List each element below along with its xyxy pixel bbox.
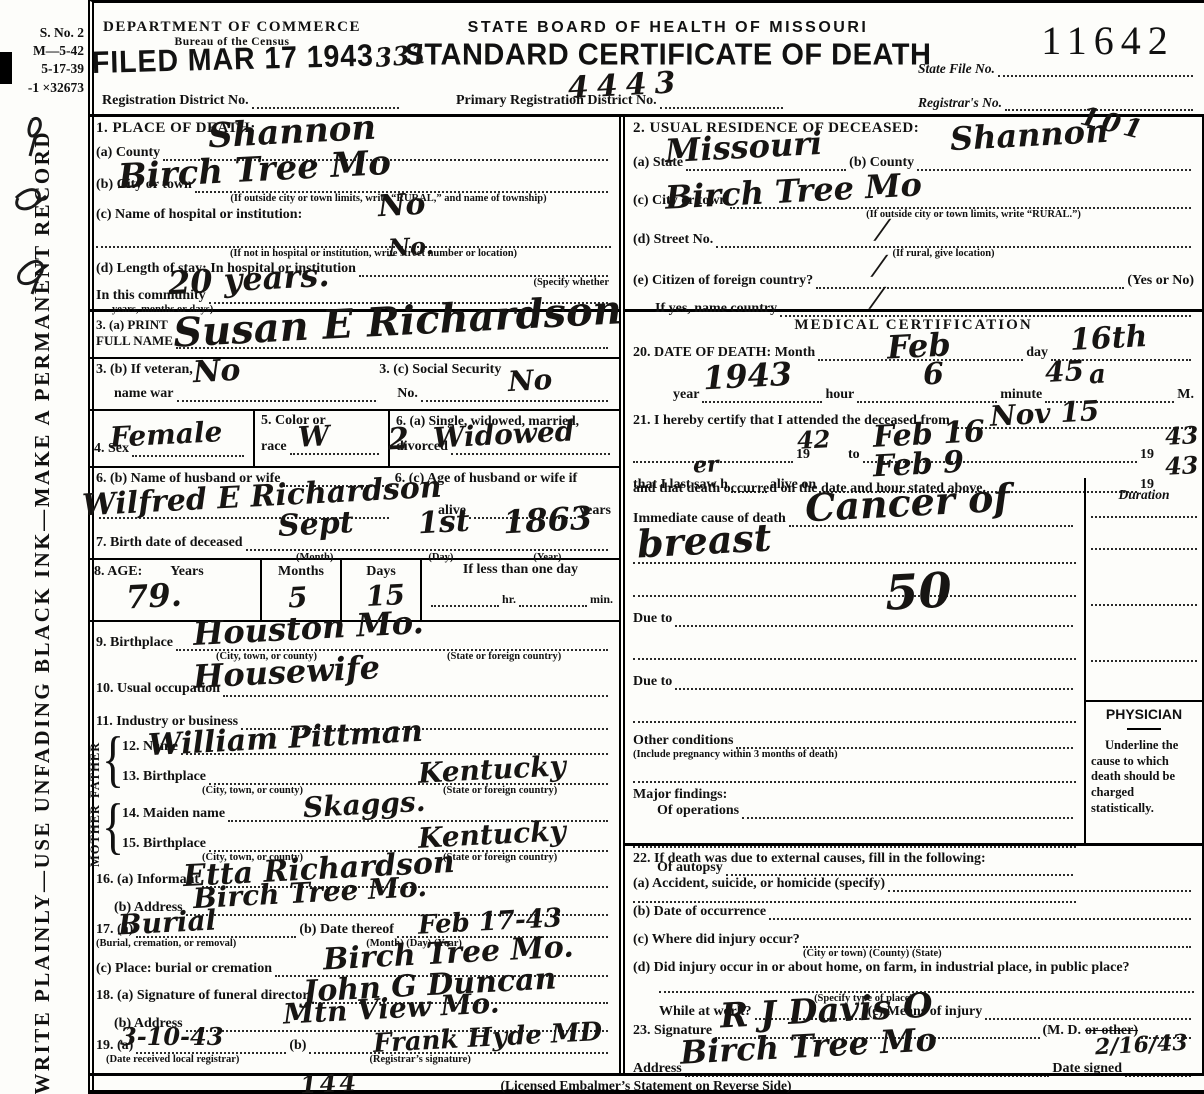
fill-line [275, 972, 608, 977]
min-label: min. [590, 592, 613, 607]
place-type-note: (Specify type of place) [693, 993, 1034, 1004]
fill-line [1051, 356, 1191, 361]
funeral-director-label: 18. (a) Signature of funeral director [96, 988, 309, 1004]
injury-place-label: (d) Did injury occur in or about home, o… [633, 960, 1194, 976]
form-code-line: -1 ×32673 [2, 79, 84, 97]
place-of-death-title: 1. PLACE OF DEATH: [96, 120, 611, 137]
physician-label: PHYSICIAN [1091, 706, 1197, 722]
street-note: (If not in hospital or institution, writ… [136, 248, 611, 259]
pregnancy-note: (Include pregnancy within 3 months of de… [633, 749, 1076, 760]
occurrence-date-label: (b) Date of occurrence [633, 904, 766, 920]
left-column: 1. PLACE OF DEATH: (a) County (b) City o… [88, 117, 625, 1073]
right-column: 2. USUAL RESIDENCE OF DECEASED: (a) Stat… [625, 117, 1204, 1073]
print-label: 3. (a) PRINT [96, 317, 173, 333]
certificate-title: STANDARD CERTIFICATE OF DEATH [368, 38, 968, 73]
handwriting-meridiem: a [1088, 362, 1106, 389]
form-header: DEPARTMENT OF COMMERCE Bureau of the Cen… [88, 3, 1204, 117]
fill-line [789, 522, 1073, 527]
due-to-label: Due to [633, 674, 672, 690]
department-line: DEPARTMENT OF COMMERCE [102, 19, 362, 36]
physician-note: Underline the cause to which death shoul… [1091, 738, 1197, 816]
medical-certification-header: MEDICAL CERTIFICATION [625, 312, 1202, 336]
section-full-name: 3. (a) PRINT FULL NAME Susan E Richardso… [88, 312, 619, 359]
fill-line [290, 450, 379, 455]
fill-line [163, 156, 608, 161]
fill-line [252, 104, 399, 109]
ssn-no-label: No. [397, 386, 418, 402]
margin-scribbles [2, 112, 74, 322]
director-address-label: (b) Address [114, 1016, 183, 1032]
state-file-label: State File No. [918, 61, 995, 77]
primary-district-row: Primary Registration District No. [456, 93, 786, 109]
injury-where-label: (c) Where did injury occur? [633, 932, 800, 948]
sex-label: 4. Sex [94, 441, 129, 457]
registrar-sig-note: (Registrar’s signature) [369, 1054, 470, 1065]
fill-line [917, 166, 1191, 171]
city-town-county-note: (City, town, or county) [216, 651, 317, 662]
fill-line [451, 450, 610, 455]
maiden-name-label: 14. Maiden name [122, 806, 225, 822]
physician-box: PHYSICIAN Underline the cause to which d… [1086, 700, 1202, 843]
fill-line [769, 915, 1191, 920]
fill-line [998, 72, 1193, 77]
city-town-county-note: (City, town, or county) [202, 785, 303, 796]
fill-line [953, 424, 1191, 429]
birth-date-label: 7. Birth date of deceased [96, 535, 243, 551]
fill-line [633, 458, 793, 463]
divider [1127, 728, 1161, 730]
fill-line [660, 104, 783, 109]
registrar-sig-prefix: (b) [289, 1038, 306, 1054]
fill-line [888, 887, 1191, 892]
hour-label: hour [825, 387, 854, 403]
specify-note: (Specify whether [96, 277, 609, 288]
fill-line [1141, 1034, 1191, 1039]
yes-no-note: (Yes or No) [1127, 273, 1194, 289]
marital-label: 6. (a) Single, widowed, married, [396, 413, 613, 429]
immediate-cause-label: Immediate cause of death [633, 511, 786, 527]
medical-certification-title: MEDICAL CERTIFICATION [794, 317, 1032, 333]
attended-label: 21. I hereby certify that I attended the… [633, 413, 950, 429]
color-label: 5. Color or [261, 413, 382, 429]
signature-label: 23. Signature [633, 1023, 712, 1039]
fill-line [177, 397, 377, 402]
footer-bar: 144 (Licensed Embalmer’s Statement on Re… [88, 1073, 1204, 1094]
residence-title: 2. USUAL RESIDENCE OF DECEASED: [633, 120, 1194, 137]
md-label: (M. D. [1043, 1023, 1082, 1039]
mother-vertical-label: MOTHER [88, 805, 103, 867]
fill-line [1091, 548, 1197, 550]
registrar-number-label: Registrar's No. [918, 95, 1002, 111]
fill-line [633, 655, 1076, 660]
section-attendance: 21. I hereby certify that I attended the… [625, 410, 1202, 478]
year-prefix: 19 [1140, 447, 1154, 463]
fill-line [312, 999, 608, 1004]
to-label: to [848, 447, 860, 463]
section-age: 8. AGE: Years Months Days If less than o… [88, 560, 619, 622]
section-funeral-director: 18. (a) Signature of funeral director (b… [88, 983, 619, 1033]
state-file-row: State File No. [918, 61, 1196, 77]
fill-line [1005, 106, 1193, 111]
section-sex-color-marital: 4. Sex 5. Color or race 6. (a) Single, w… [88, 411, 619, 468]
father-name-label: 12. Name [122, 739, 178, 755]
burial-date-sub: (Month) (Day) (Year) [366, 938, 462, 949]
fill-line [519, 602, 587, 607]
fill-line [283, 482, 391, 487]
residence-city-label: (c) City or town [633, 193, 727, 209]
section-mother: MOTHER { 14. Maiden name 15. Birthplace … [88, 801, 619, 867]
duration-column: Duration PHYSICIAN Underline the cause t… [1084, 478, 1202, 843]
section-external-causes: 22. If death was due to external causes,… [625, 846, 1202, 1006]
fill-line [469, 514, 576, 519]
years-label: years [579, 503, 611, 519]
veteran-label: 3. (b) If veteran, [96, 362, 379, 378]
fill-line [1045, 398, 1174, 403]
state-foreign-note: (State or foreign country) [443, 852, 557, 863]
fill-line [202, 883, 608, 888]
year-label: year [673, 387, 699, 403]
fill-line [1091, 660, 1197, 662]
mother-birthplace-label: 15. Birthplace [122, 836, 206, 852]
received-note: (Date received local registrar) [106, 1054, 239, 1065]
fill-line [186, 1027, 608, 1032]
rural-location-note: (If rural, give location) [693, 248, 1194, 259]
fill-line [1091, 516, 1197, 518]
fill-line [186, 911, 608, 916]
registrar-number-row: Registrar's No. [918, 95, 1196, 111]
section-spouse-birthdate: 6. (b) Name of husband or wife 6. (c) Ag… [88, 468, 619, 560]
filed-date-stamp: FILED MAR 17 1943331 [92, 36, 429, 81]
fill-line [863, 458, 1137, 463]
state-foreign-note: (State or foreign country) [443, 785, 557, 796]
fill-line [857, 398, 997, 403]
age-months-header: Months [278, 564, 324, 579]
occupation-label: 10. Usual occupation [96, 681, 220, 697]
hr-label: hr. [502, 592, 516, 607]
residence-rural-note: (If outside city or town limits, write “… [753, 209, 1194, 220]
burial-place-label: (c) Place: burial or cremation [96, 961, 272, 977]
external-causes-title: 22. If death was due to external causes,… [633, 851, 1194, 867]
father-brace: { [102, 728, 124, 790]
registration-district-row: Registration District No. [102, 93, 402, 109]
race-label: race [261, 439, 287, 455]
year-prefix: 19 [796, 447, 810, 463]
name-war-label: name war [114, 386, 174, 402]
city-town-county-note: (City, town, or county) [202, 852, 303, 863]
fill-line [702, 398, 822, 403]
day-label: day [1026, 345, 1048, 361]
divorced-label: divorced [396, 439, 448, 455]
fill-line [228, 817, 608, 822]
fill-line [675, 622, 1073, 627]
form-code-block: S. No. 2 M—5-42 5-17-39 -1 ×32673 [2, 24, 84, 97]
fill-line [816, 284, 1124, 289]
spouse-age-label: 6. (c) Age of husband or wife if [395, 471, 611, 487]
board-title: STATE BOARD OF HEALTH OF MISSOURI [388, 19, 948, 37]
fill-line [715, 1034, 1039, 1039]
rural-note: (If outside city or town limits, write “… [166, 193, 611, 204]
fill-line [181, 750, 608, 755]
form-code-line: M—5-42 [2, 42, 84, 60]
other-conditions-label: Other conditions [633, 733, 733, 749]
handwriting-death-hour: 6 [922, 359, 944, 390]
city-label: (b) City or town [96, 177, 192, 193]
registration-district-label: Registration District No. [102, 93, 249, 109]
fill-line [742, 814, 1073, 819]
accident-label: (a) Accident, suicide, or homicide (spec… [633, 876, 885, 892]
fill-line [633, 592, 1076, 597]
full-name-label: FULL NAME [96, 333, 173, 349]
street-no-label: (d) Street No. [633, 232, 713, 248]
form-code-line: 5-17-39 [2, 60, 84, 78]
section-place-of-death: 1. PLACE OF DEATH: (a) County (b) City o… [88, 117, 619, 312]
stated-above-line: and that death occurred on the date and … [633, 481, 1076, 497]
section-usual-residence: 2. USUAL RESIDENCE OF DECEASED: (a) Stat… [625, 117, 1202, 312]
father-birthplace-label: 13. Birthplace [122, 769, 206, 785]
fill-line [223, 692, 608, 697]
age-years-header: Years [170, 564, 203, 579]
fill-line [209, 299, 608, 304]
fill-line [132, 452, 244, 457]
residence-county-label: (b) County [849, 155, 914, 171]
age-days-header: Days [366, 564, 396, 579]
fill-line [1091, 604, 1197, 606]
section-burial: 17. (a)(b) Date thereof (Burial, cremati… [88, 917, 619, 983]
alive-label: alive [438, 503, 466, 519]
section-informant: 16. (a) Informant (b) Address Etta Richa… [88, 867, 619, 917]
fill-line [241, 725, 608, 730]
birthplace-label: 9. Birthplace [96, 635, 173, 651]
section-physician-signature: 23. Signature(M. D. or other) AddressDat… [625, 1006, 1202, 1073]
section-industry: 11. Industry or business [88, 703, 619, 734]
fill-line [633, 778, 1076, 783]
ssn-label: 3. (c) Social Security [379, 362, 611, 378]
section-cause-of-death: and that death occurred on the date and … [625, 478, 1202, 846]
fill-line [421, 397, 608, 402]
fill-line [431, 602, 499, 607]
minute-label: minute [1000, 387, 1042, 403]
major-findings-label: Major findings: [633, 787, 1076, 803]
ink-blot [0, 52, 12, 84]
informant-label: 16. (a) Informant [96, 872, 199, 888]
md-or-other-struck: or other) [1085, 1023, 1138, 1039]
date-thereof-label: (b) Date thereof [299, 922, 394, 938]
primary-district-label: Primary Registration District No. [456, 93, 657, 109]
fill-line [176, 344, 608, 349]
fill-line [99, 514, 389, 519]
due-to-label: Due to [633, 611, 672, 627]
state-foreign-note: (State or foreign country) [447, 651, 561, 662]
length-of-stay-label: (d) Length of stay: In hospital or insti… [96, 261, 356, 277]
injury-where-note: (City or town) (County) (State) [803, 948, 1194, 959]
meridiem-label: M. [1177, 387, 1194, 403]
citizen-label: (e) Citizen of foreign country? [633, 273, 813, 289]
spouse-label: 6. (b) Name of husband or wife [96, 471, 280, 487]
fill-line [633, 559, 1076, 564]
hospital-label: (c) Name of hospital or institution: [96, 207, 302, 223]
handwriting-death-minute: 45 [1044, 357, 1084, 387]
burial-method-note: (Burial, cremation, or removal) [96, 938, 236, 949]
fill-line [246, 546, 608, 551]
informant-address-label: (b) Address [114, 900, 183, 916]
section-date-of-death: 20. DATE OF DEATH: Monthday year hour mi… [625, 336, 1202, 410]
age-label: 8. AGE: [94, 564, 142, 579]
less-than-day-header: If less than one day [428, 562, 613, 578]
certificate-number: 11642 [1018, 17, 1198, 64]
fill-line [818, 356, 1023, 361]
duration-label: Duration [1118, 487, 1169, 502]
burial-label: 17. (a) [96, 922, 133, 938]
father-vertical-label: FATHER [88, 738, 103, 801]
fill-line [675, 685, 1073, 690]
fill-line [633, 718, 1076, 723]
section-occupation: 10. Usual occupation Housewife [88, 668, 619, 703]
received-label: 19. (a) [96, 1038, 133, 1054]
section-veteran-ssn: 3. (b) If veteran, name war 3. (c) Socia… [88, 359, 619, 411]
embalmer-note: (Licensed Embalmer’s Statement on Revers… [500, 1078, 791, 1093]
fill-line [686, 166, 846, 171]
date-of-death-label: 20. DATE OF DEATH: Month [633, 345, 815, 361]
section-birthplace: 9. Birthplace (City, town, or county) (S… [88, 622, 619, 668]
handwriting-stamp-number: 331 [375, 42, 429, 72]
mother-brace: { [102, 795, 124, 857]
of-operations-label: Of operations [657, 803, 739, 819]
county-label: (a) County [96, 145, 160, 161]
section-registrar-receipt: 19. (a)(b) (Date received local registra… [88, 1033, 619, 1073]
community-label: In this community [96, 288, 206, 304]
section-father: FATHER { 12. Name 13. Birthplace (City, … [88, 734, 619, 801]
form-code-line: S. No. 2 [2, 24, 84, 42]
residence-state-label: (a) State [633, 155, 683, 171]
